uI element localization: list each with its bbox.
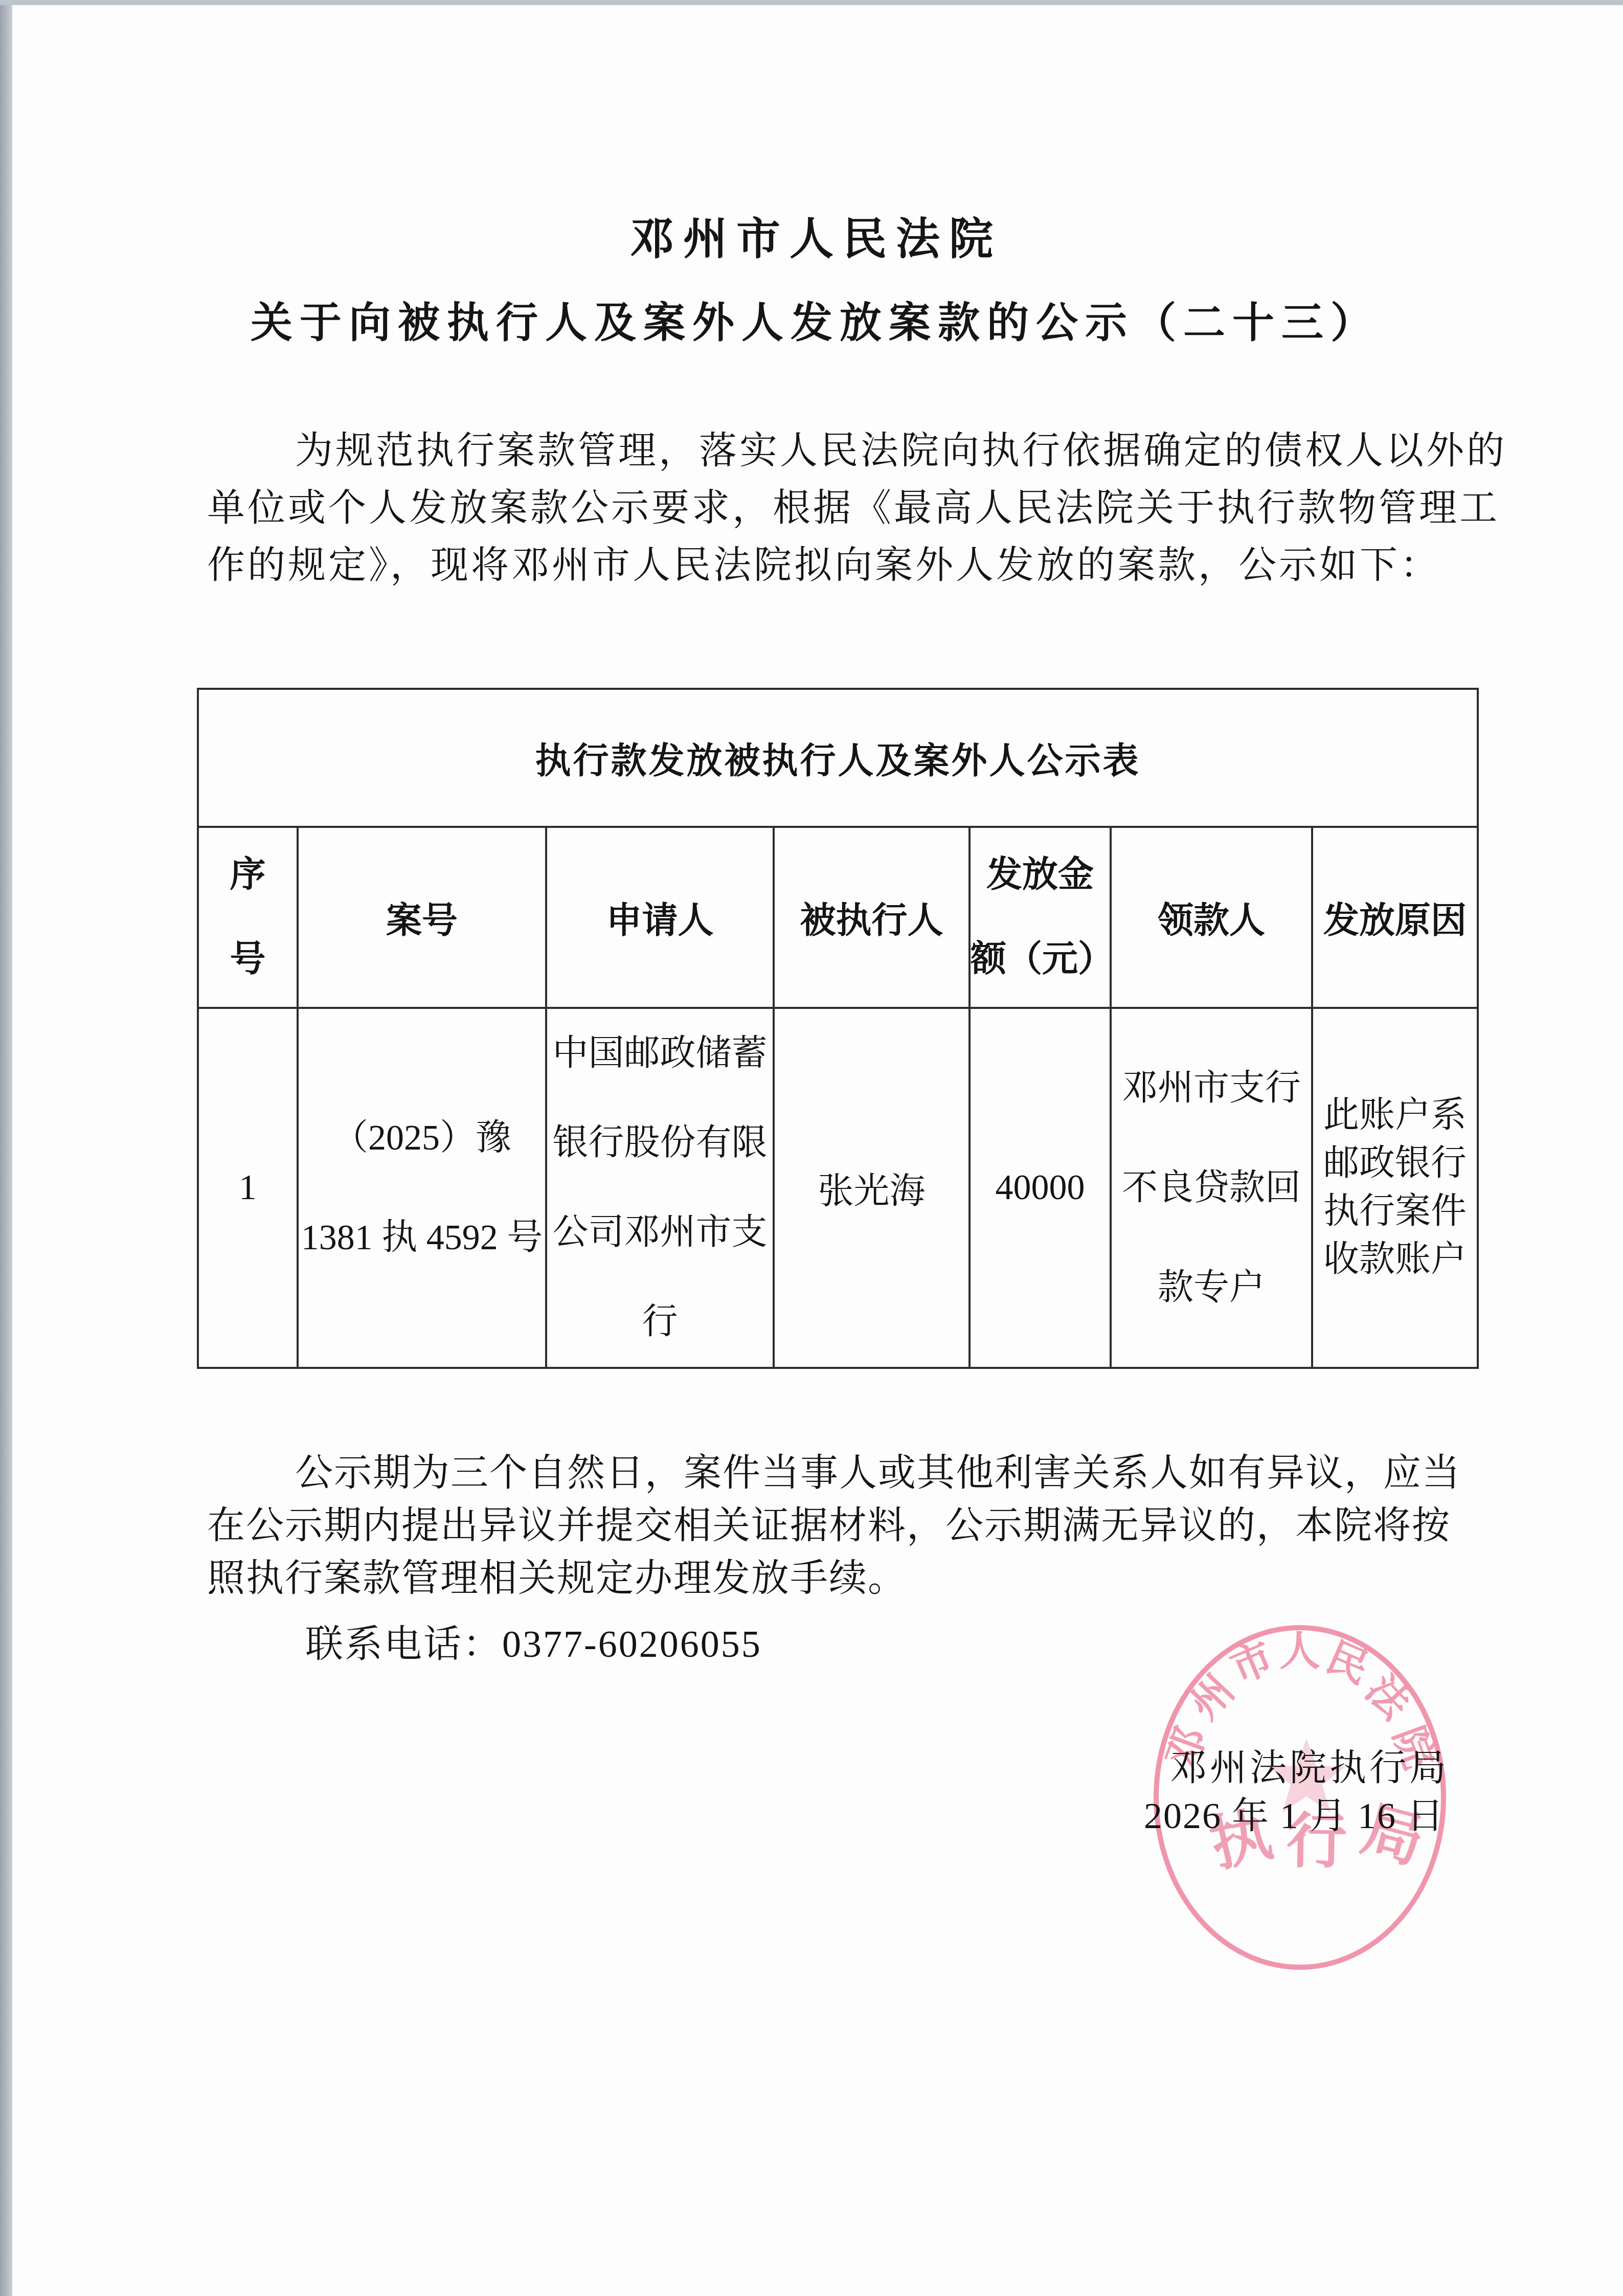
seal-top-char: 法 <box>1357 1668 1418 1728</box>
notice-subtitle: 关于向被执行人及案外人发放案款的公示（二十三） <box>0 289 1623 349</box>
court-name-title: 邓州市人民法院 <box>0 204 1623 267</box>
table-row: 1 （2025）豫 1381 执 4592 号 中国邮政储蓄 银行股份有限 公司… <box>198 1008 1478 1368</box>
header-executee: 被执行人 <box>774 827 970 1008</box>
closing-paragraph: 公示期为三个自然日，案件当事人或其他利害关系人如有异议，应当 在公示期内提出异议… <box>207 1447 1491 1605</box>
table-caption-row: 执行款发放被执行人及案外人公示表 <box>198 689 1478 827</box>
header-applicant: 申请人 <box>546 827 774 1008</box>
seal-top-char: 民 <box>1320 1635 1375 1692</box>
seal-top-char: 市 <box>1225 1635 1280 1692</box>
table-header-row: 序 号 案号 申请人 被执行人 发放金 额（元） 领款人 发放原因 <box>198 827 1478 1008</box>
seal-top-char: 人 <box>1279 1629 1320 1674</box>
signature-org: 邓州法院执行局 <box>1170 1738 1449 1791</box>
header-amount: 发放金 额（元） <box>970 827 1111 1008</box>
cell-seq: 1 <box>198 1008 298 1368</box>
header-case-no: 案号 <box>298 827 546 1008</box>
cell-applicant: 中国邮政储蓄 银行股份有限 公司邓州市支 行 <box>546 1008 774 1368</box>
fund-distribution-table: 执行款发放被执行人及案外人公示表 序 号 案号 申请人 被执行人 发放金 额（元… <box>197 688 1479 1369</box>
signature-date: 2026 年 1 月 16 日 <box>1144 1786 1445 1839</box>
header-seq: 序 号 <box>198 827 298 1008</box>
cell-amount: 40000 <box>970 1008 1111 1368</box>
seal-top-char: 州 <box>1182 1668 1243 1728</box>
contact-phone: 联系电话：0377-60206055 <box>305 1614 762 1668</box>
cell-payee: 邓州市支行 不良贷款回 款专户 <box>1111 1008 1312 1368</box>
header-payee: 领款人 <box>1111 827 1312 1008</box>
intro-paragraph: 为规范执行案款管理，落实人民法院向执行依据确定的债权人以外的 单位或个人发放案款… <box>207 422 1485 594</box>
cell-executee: 张光海 <box>774 1008 970 1368</box>
cell-reason: 此账户系 邮政银行 执行案件 收款账户 <box>1312 1008 1478 1368</box>
scanned-court-notice-page: 邓州市人民法院 关于向被执行人及案外人发放案款的公示（二十三） 为规范执行案款管… <box>0 0 1623 2296</box>
scan-edge-top <box>0 0 1623 5</box>
header-reason: 发放原因 <box>1312 827 1478 1008</box>
cell-case-no: （2025）豫 1381 执 4592 号 <box>298 1008 546 1368</box>
table-caption: 执行款发放被执行人及案外人公示表 <box>198 689 1478 827</box>
